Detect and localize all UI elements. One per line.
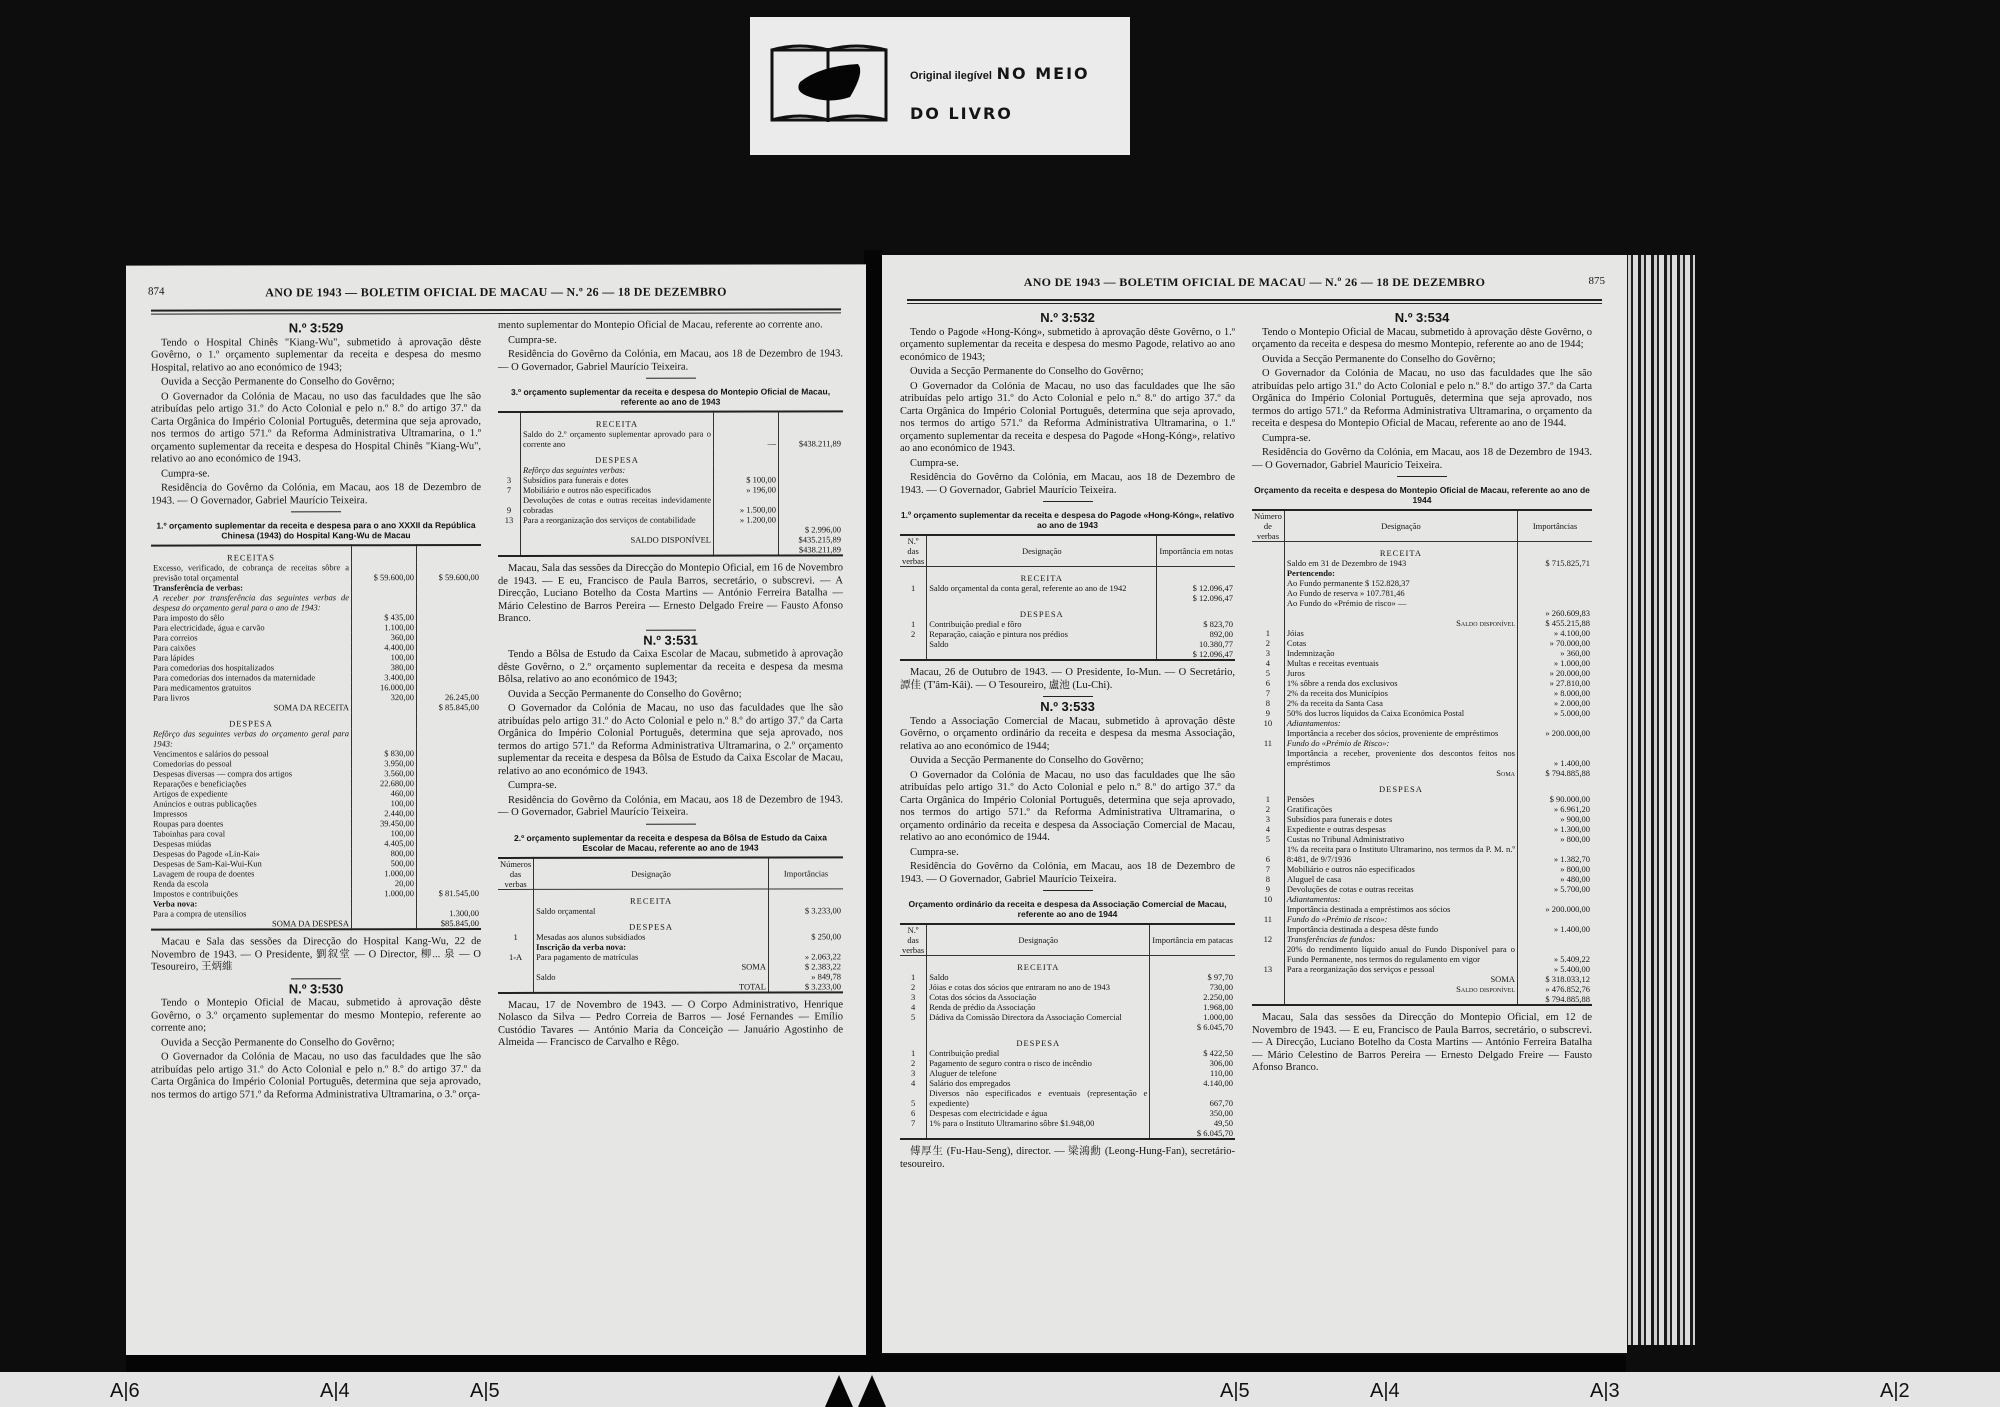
table-row: 3Cotas dos sócios da Associação2.250,00 [900, 992, 1235, 1002]
table-row: 20% do rendimento líquido anual do Fundo… [1252, 944, 1592, 964]
handwritten-line-2: DO LIVRO [910, 95, 1090, 133]
table-row: Para lápides100,00 [151, 652, 481, 663]
running-head: ANO DE 1943 — BOLETIM OFICIAL DE MACAU —… [126, 284, 866, 305]
table-row: 1Saldo orçamental da conta geral, refere… [900, 583, 1235, 593]
table-row: 4Expediente e outras despesas» 1.300,00 [1252, 824, 1592, 834]
paragraph: Residência do Govêrno da Colónia, em Mac… [498, 348, 843, 374]
table-row: Importância a receber dos sócios, proven… [1252, 728, 1592, 738]
table-row: Despesas de Sam-Kai-Wui-Kun500,00 [151, 858, 481, 869]
left-column-2: mento suplementar do Montepio Oficial de… [498, 319, 843, 1051]
table-row: 13Para a reorganização dos serviços e pe… [1252, 964, 1592, 974]
table-row: Saldo disponível» 476.852,76 [1252, 984, 1592, 994]
paragraph: Ouvida a Secção Permanente do Conselho d… [498, 688, 843, 701]
table-row: Artigos de expediente460,00 [151, 788, 481, 799]
table-row: $438.211,89 [498, 544, 843, 556]
table-row: Despesas miúdas4.405,00 [151, 838, 481, 849]
table-row: Refôrço das seguintes verbas: [498, 464, 843, 475]
table-row: 71% para o Instituto Ultramarino sôbre $… [900, 1118, 1235, 1128]
table-row: $ 12.096,47 [900, 649, 1235, 660]
paragraph: Cumpra-se. [498, 779, 843, 792]
table-row: 82% da receita da Santa Casa» 2.000,00 [1252, 698, 1592, 708]
table-row: Para imposto do sêlo$ 435,00 [151, 612, 481, 623]
table-row: 1Contribuição predial$ 422,50 [900, 1048, 1235, 1058]
table-row: 72% da receita dos Municípios» 8.000,00 [1252, 688, 1592, 698]
table-row: RECEITA [1252, 542, 1592, 559]
table-row: 2Pagamento de seguro contra o risco de i… [900, 1058, 1235, 1068]
table-row: RECEITA [900, 956, 1235, 973]
paragraph: Cumpra-se. [900, 458, 1235, 471]
paragraph: Residência do Govêrno da Colónia, em Mac… [900, 472, 1235, 497]
table-row: DESPESA [1252, 778, 1592, 794]
header-rule [151, 308, 841, 314]
table-row: Vencimentos e salários do pessoal$ 830,0… [151, 748, 481, 759]
table-row: SALDO DISPONÍVEL$435.215,89 [498, 534, 843, 545]
illegible-original-label: Original ilegível NO MEIO DO LIVRO [750, 17, 1130, 155]
table-row: 61% sôbre a renda dos exclusivos» 27.810… [1252, 678, 1592, 688]
paragraph: Residência do Govêrno da Colónia, em Mac… [498, 794, 843, 820]
table-row: Ao Fundo permanente $ 152.828,37 [1252, 578, 1592, 588]
table-row: RECEITA [498, 411, 843, 429]
table-row: Saldo em 31 de Dezembro de 1943$ 715.825… [1252, 558, 1592, 568]
paragraph: Tendo o Pagode «Hong-Kóng», submetido à … [900, 327, 1235, 365]
paragraph: Cumpra-se. [1252, 433, 1592, 446]
table-row: Para caixões4.400,00 [151, 642, 481, 653]
table-row: Para electricidade, água e carvão1.100,0… [151, 622, 481, 633]
table-row: Lavagem de roupa de doentes1.000,00 [151, 868, 481, 879]
table-row: 10Adiantamentos: [1252, 894, 1592, 904]
handwritten-line-1: NO MEIO [997, 64, 1090, 83]
table-row: 3Subsídios para funerais e dotes» 900,00 [1252, 814, 1592, 824]
table-row: SOMA DA RECEITA$ 85.845,00 [151, 702, 481, 713]
paragraph: O Governador da Colónia de Macau, no uso… [900, 770, 1235, 845]
table-row: RECEITAS [151, 545, 481, 563]
table-row: RECEITA [498, 888, 843, 905]
table-row: 1Mesadas aos alunos subsidiados$ 250,00 [498, 931, 843, 942]
table-row: 1Jóias» 4.100,00 [1252, 628, 1592, 638]
paragraph: mento suplementar do Montepio Oficial de… [498, 319, 843, 332]
budget-table-montepio-3: RECEITASaldo do 2.º orçamento suplementa… [498, 410, 843, 557]
table-row: 61% da receita para o Instituto Ultramar… [1252, 844, 1592, 864]
table-row: 4Renda de prédio da Associação1.968,00 [900, 1002, 1235, 1012]
budget-table-kiang-wu: RECEITASExcesso, verificado, de cobrança… [151, 544, 481, 931]
decree-title: N.º 3:533 [900, 701, 1235, 714]
table-row: Inscrição da verba nova: [498, 941, 843, 952]
closing-signatures: Macau, 17 de Novembro de 1943. — O Corpo… [498, 999, 843, 1050]
table-row: 9Devoluções de cotas e outras receitas i… [498, 494, 843, 515]
paragraph: Tendo a Bôlsa de Estudo da Caixa Escolar… [498, 648, 843, 686]
table-row: Número de verbasDesignaçãoImportâncias [1252, 510, 1592, 542]
closing-signatures: Macau, Sala das sessões da Direcção do M… [1252, 1012, 1592, 1075]
paragraph: O Governador da Colónia de Macau, no uso… [498, 702, 843, 778]
decree-title: N.º 3:534 [1252, 312, 1592, 325]
paragraph: Tendo o Hospital Chinês "Kiang-Wu", subm… [151, 337, 481, 375]
paragraph: Cumpra-se. [151, 468, 481, 481]
running-head: ANO DE 1943 — BOLETIM OFICIAL DE MACAU —… [882, 275, 1627, 295]
paragraph: Cumpra-se. [900, 847, 1235, 860]
table-row: Despesas do Pagode «Lin-Kai»800,00 [151, 848, 481, 859]
film-frame-marker: A|5 [470, 1380, 500, 1403]
left-page: 874 ANO DE 1943 — BOLETIM OFICIAL DE MAC… [126, 264, 866, 1360]
table-row: N.º das verbasDesignaçãoImportância em n… [900, 535, 1235, 567]
table-row: 2Cotas» 70.000,00 [1252, 638, 1592, 648]
film-frame-marker: A|2 [1880, 1380, 1910, 1403]
paragraph: Ouvida a Secção Permanente do Conselho d… [900, 366, 1235, 379]
table-row: Para a compra de utensílios1.300,00 [151, 908, 481, 919]
table-row: Saldo disponível$ 455.215,88 [1252, 618, 1592, 628]
table-row: Saldo orçamental$ 3.233,00 [498, 905, 843, 916]
table-title: 1.º orçamento suplementar da receita e d… [900, 510, 1235, 530]
table-row: DESPESA [900, 603, 1235, 619]
table-row: SOMA$ 2.383,22 [498, 961, 843, 972]
paragraph: O Governador da Colónia de Macau, no uso… [151, 391, 481, 467]
paragraph: Cumpra-se. [498, 334, 843, 347]
table-row: Transferência de verbas: [151, 582, 481, 593]
table-row: Reparações e beneficiações22.680,00 [151, 778, 481, 789]
budget-table-associacao: N.º das verbasDesignaçãoImportância em p… [900, 923, 1235, 1140]
decree-title: N.º 3:529 [151, 322, 481, 335]
decree-title: N.º 3:532 [900, 312, 1235, 325]
table-row: 13Para a reorganização dos serviços de c… [498, 514, 843, 525]
table-row: 4Multas e receitas eventuais» 1.000,00 [1252, 658, 1592, 668]
table-row: Verba nova: [151, 898, 481, 909]
budget-table-montepio-1944: Número de verbasDesignaçãoImportânciasRE… [1252, 509, 1592, 1006]
table-row: Saldo10.380,77 [900, 639, 1235, 649]
table-row: 4Salário dos empregados4.140,00 [900, 1078, 1235, 1088]
right-page: 875 ANO DE 1943 — BOLETIM OFICIAL DE MAC… [882, 255, 1627, 1353]
table-row: Importância a receber, proveniente dos d… [1252, 748, 1592, 768]
table-row: Para medicamentos gratuitos16.000,00 [151, 682, 481, 693]
center-marker-left-icon [825, 1375, 853, 1407]
table-row: Impostos e contribuições1.000,00$ 81.545… [151, 888, 481, 899]
table-row: 12Transferências de fundos: [1252, 934, 1592, 944]
header-rule [907, 299, 1602, 304]
table-row: Para comedorias dos hospitalizados380,00 [151, 662, 481, 673]
printed-label: Original ilegível [910, 70, 992, 82]
book-gutter [864, 250, 882, 1360]
table-row: Para correios360,00 [151, 632, 481, 643]
decree-title: N.º 3:531 [498, 634, 843, 647]
film-frame-marker: A|5 [1220, 1380, 1250, 1403]
paragraph: Tendo o Montepio Oficial de Macau, subme… [151, 997, 481, 1035]
table-title: 2.º orçamento suplementar da receita e d… [498, 832, 843, 853]
table-row: 2Gratificações» 6.961,20 [1252, 804, 1592, 814]
budget-table-bolsa: Números das verbasDesignaçãoImportâncias… [498, 856, 843, 994]
table-row: 3Indemnização» 360,00 [1252, 648, 1592, 658]
table-row: Ao Fundo de reserva » 107.781,46 [1252, 588, 1592, 598]
paragraph: O Governador da Colónia de Macau, no uso… [151, 1051, 481, 1102]
table-row: Roupas para doentes39.450,00 [151, 818, 481, 829]
table-row: A receber por transferência das seguinte… [151, 592, 481, 613]
table-row: 1Contribuição predial e fôro$ 823,70 [900, 619, 1235, 629]
film-frame-marker: A|3 [1590, 1380, 1620, 1403]
table-row: 1Saldo$ 97,70 [900, 972, 1235, 982]
table-row: Impressos2.440,00 [151, 808, 481, 819]
table-row: 6Despesas com electricidade e água350,00 [900, 1108, 1235, 1118]
right-column-2: N.º 3:534 Tendo o Montepio Oficial de Ma… [1252, 310, 1592, 1077]
table-row: 7Mobiliário e outros não especificados» … [1252, 864, 1592, 874]
paragraph: O Governador da Colónia de Macau, no uso… [1252, 368, 1592, 431]
table-row: Soma$ 794.885,88 [1252, 768, 1592, 778]
table-row: 10Adiantamentos: [1252, 718, 1592, 728]
table-row: 5Diversos não especificados e eventuais … [900, 1088, 1235, 1108]
paragraph: Tendo o Montepio Oficial de Macau, subme… [1252, 327, 1592, 352]
table-row: 3Subsídios para funerais e dotes$ 100,00 [498, 474, 843, 485]
film-frame-marker: A|4 [1370, 1380, 1400, 1403]
closing-signatures: Macau e Sala das sessões da Direcção do … [151, 936, 481, 974]
table-row: Para livros320,0026.245,00 [151, 692, 481, 703]
table-row: Ao Fundo do «Prémio de risco» — [1252, 598, 1592, 608]
table-row: Comedorias do pessoal3.950,00 [151, 758, 481, 769]
film-frame-marker: A|4 [320, 1380, 350, 1403]
table-row: Renda da escola20,00 [151, 878, 481, 889]
paragraph: Residência do Govêrno da Colónia, em Mac… [151, 482, 481, 508]
table-row: 5Dádiva da Comissão Directora da Associa… [900, 1012, 1235, 1022]
paragraph: Tendo a Associação Comercial de Macau, s… [900, 716, 1235, 754]
table-row: 1Pensões$ 90.000,00 [1252, 794, 1592, 804]
closing-signatures: Macau, Sala das sessões da Direcção do M… [498, 562, 843, 625]
table-row: Importância destinada a empréstimos aos … [1252, 904, 1592, 914]
table-row: RECEITA [900, 567, 1235, 584]
open-book-with-blot-icon [770, 42, 888, 124]
table-row: DESPESA [498, 915, 843, 932]
table-row: 950% dos lucros líquidos da Caixa Económ… [1252, 708, 1592, 718]
paragraph: Residência do Govêrno da Colónia, em Mac… [1252, 447, 1592, 472]
paragraph: O Governador da Colónia de Macau, no uso… [900, 381, 1235, 456]
table-row: $ 12.096,47 [900, 593, 1235, 603]
table-row: SOMA$ 318.033,12 [1252, 974, 1592, 984]
right-column-1: N.º 3:532 Tendo o Pagode «Hong-Kóng», su… [900, 310, 1235, 1173]
paragraph: Ouvida a Secção Permanente do Conselho d… [900, 755, 1235, 768]
table-row: Saldo do 2.º orçamento suplementar aprov… [498, 428, 843, 449]
table-row: 2Reparação, caiação e pintura nos prédio… [900, 629, 1235, 639]
paragraph: Ouvida a Secção Permanente do Conselho d… [151, 376, 481, 389]
table-row: 3Aluguer de telefone110,00 [900, 1068, 1235, 1078]
closing-signatures: Macau, 26 de Outubro de 1943. — O Presid… [900, 667, 1235, 692]
table-row: 2Jóias e cotas dos sócios que entraram n… [900, 982, 1235, 992]
table-row: Anúncios e outras publicações100,00 [151, 798, 481, 809]
table-row: $ 6.045,70 [900, 1022, 1235, 1032]
table-title: Orçamento ordinário da receita e despesa… [900, 899, 1235, 919]
decree-title: N.º 3:530 [151, 983, 481, 996]
table-row: $ 794.885,88 [1252, 994, 1592, 1005]
left-column-1: N.º 3:529 Tendo o Hospital Chinês "Kiang… [151, 320, 481, 1104]
closing-signatures: 傅厚生 (Fu-Hau-Seng), director. — 梁鴻勳 (Leon… [900, 1146, 1235, 1171]
table-row: SOMA DA DESPESA$85.845,00 [151, 918, 481, 930]
table-row: DESPESA [900, 1032, 1235, 1048]
table-row: 5Juros» 20.000,00 [1252, 668, 1592, 678]
table-row: DESPESA [151, 712, 481, 729]
table-row: N.º das verbasDesignaçãoImportância em p… [900, 924, 1235, 956]
table-row: Importância destinada a despesa dêste fu… [1252, 924, 1592, 934]
table-row: » 260.609,83 [1252, 608, 1592, 618]
film-frame-marker: A|6 [110, 1380, 140, 1403]
table-row: TOTAL$ 3.233,00 [498, 981, 843, 993]
paragraph: Ouvida a Secção Permanente do Conselho d… [151, 1037, 481, 1050]
table-row: 11Fundo do «Prémio de Risco»: [1252, 738, 1592, 748]
paragraph: Ouvida a Secção Permanente do Conselho d… [1252, 354, 1592, 367]
budget-table-pagode: N.º das verbasDesignaçãoImportância em n… [900, 534, 1235, 661]
table-row: Saldo» 849,78 [498, 971, 843, 982]
table-row: 5Custas no Tribunal Administrativo» 800,… [1252, 834, 1592, 844]
table-row: $ 2.996,00 [498, 524, 843, 535]
table-row: Refôrço das seguintes verbas do orçament… [151, 728, 481, 749]
table-row: Despesas diversas — compra dos artigos3.… [151, 768, 481, 779]
paragraph: Residência do Govêrno da Colónia, em Mac… [900, 861, 1235, 886]
film-strip [0, 1372, 2000, 1407]
table-row: $ 6.045,70 [900, 1128, 1235, 1139]
page-edges [1620, 255, 1695, 1345]
table-title: 1.º orçamento suplementar da receita e d… [151, 520, 481, 541]
table-row: DESPESA [498, 448, 843, 465]
table-row: 7Mobiliário e outros não especificados» … [498, 484, 843, 495]
table-title: Orçamento da receita e despesa do Montep… [1252, 485, 1592, 505]
table-row: Números das verbasDesignaçãoImportâncias [498, 857, 843, 889]
table-row: 1-APara pagamento de matrículas» 2.063,2… [498, 951, 843, 962]
label-text: Original ilegível NO MEIO DO LIVRO [910, 55, 1090, 133]
table-row: Pertencendo: [1252, 568, 1592, 578]
table-row: 9Devoluções de cotas e outras receitas» … [1252, 884, 1592, 894]
center-marker-right-icon [858, 1375, 886, 1407]
table-title: 3.º orçamento suplementar da receita e d… [498, 386, 843, 407]
table-row: 11Fundo do «Prémio de risco»: [1252, 914, 1592, 924]
table-row: Excesso, verificado, de cobrança de rece… [151, 562, 481, 583]
table-row: 8Aluguel de casa» 480,00 [1252, 874, 1592, 884]
table-row: Taboinhas para coval100,00 [151, 828, 481, 839]
table-row: Para comedorias dos internados da matern… [151, 672, 481, 683]
